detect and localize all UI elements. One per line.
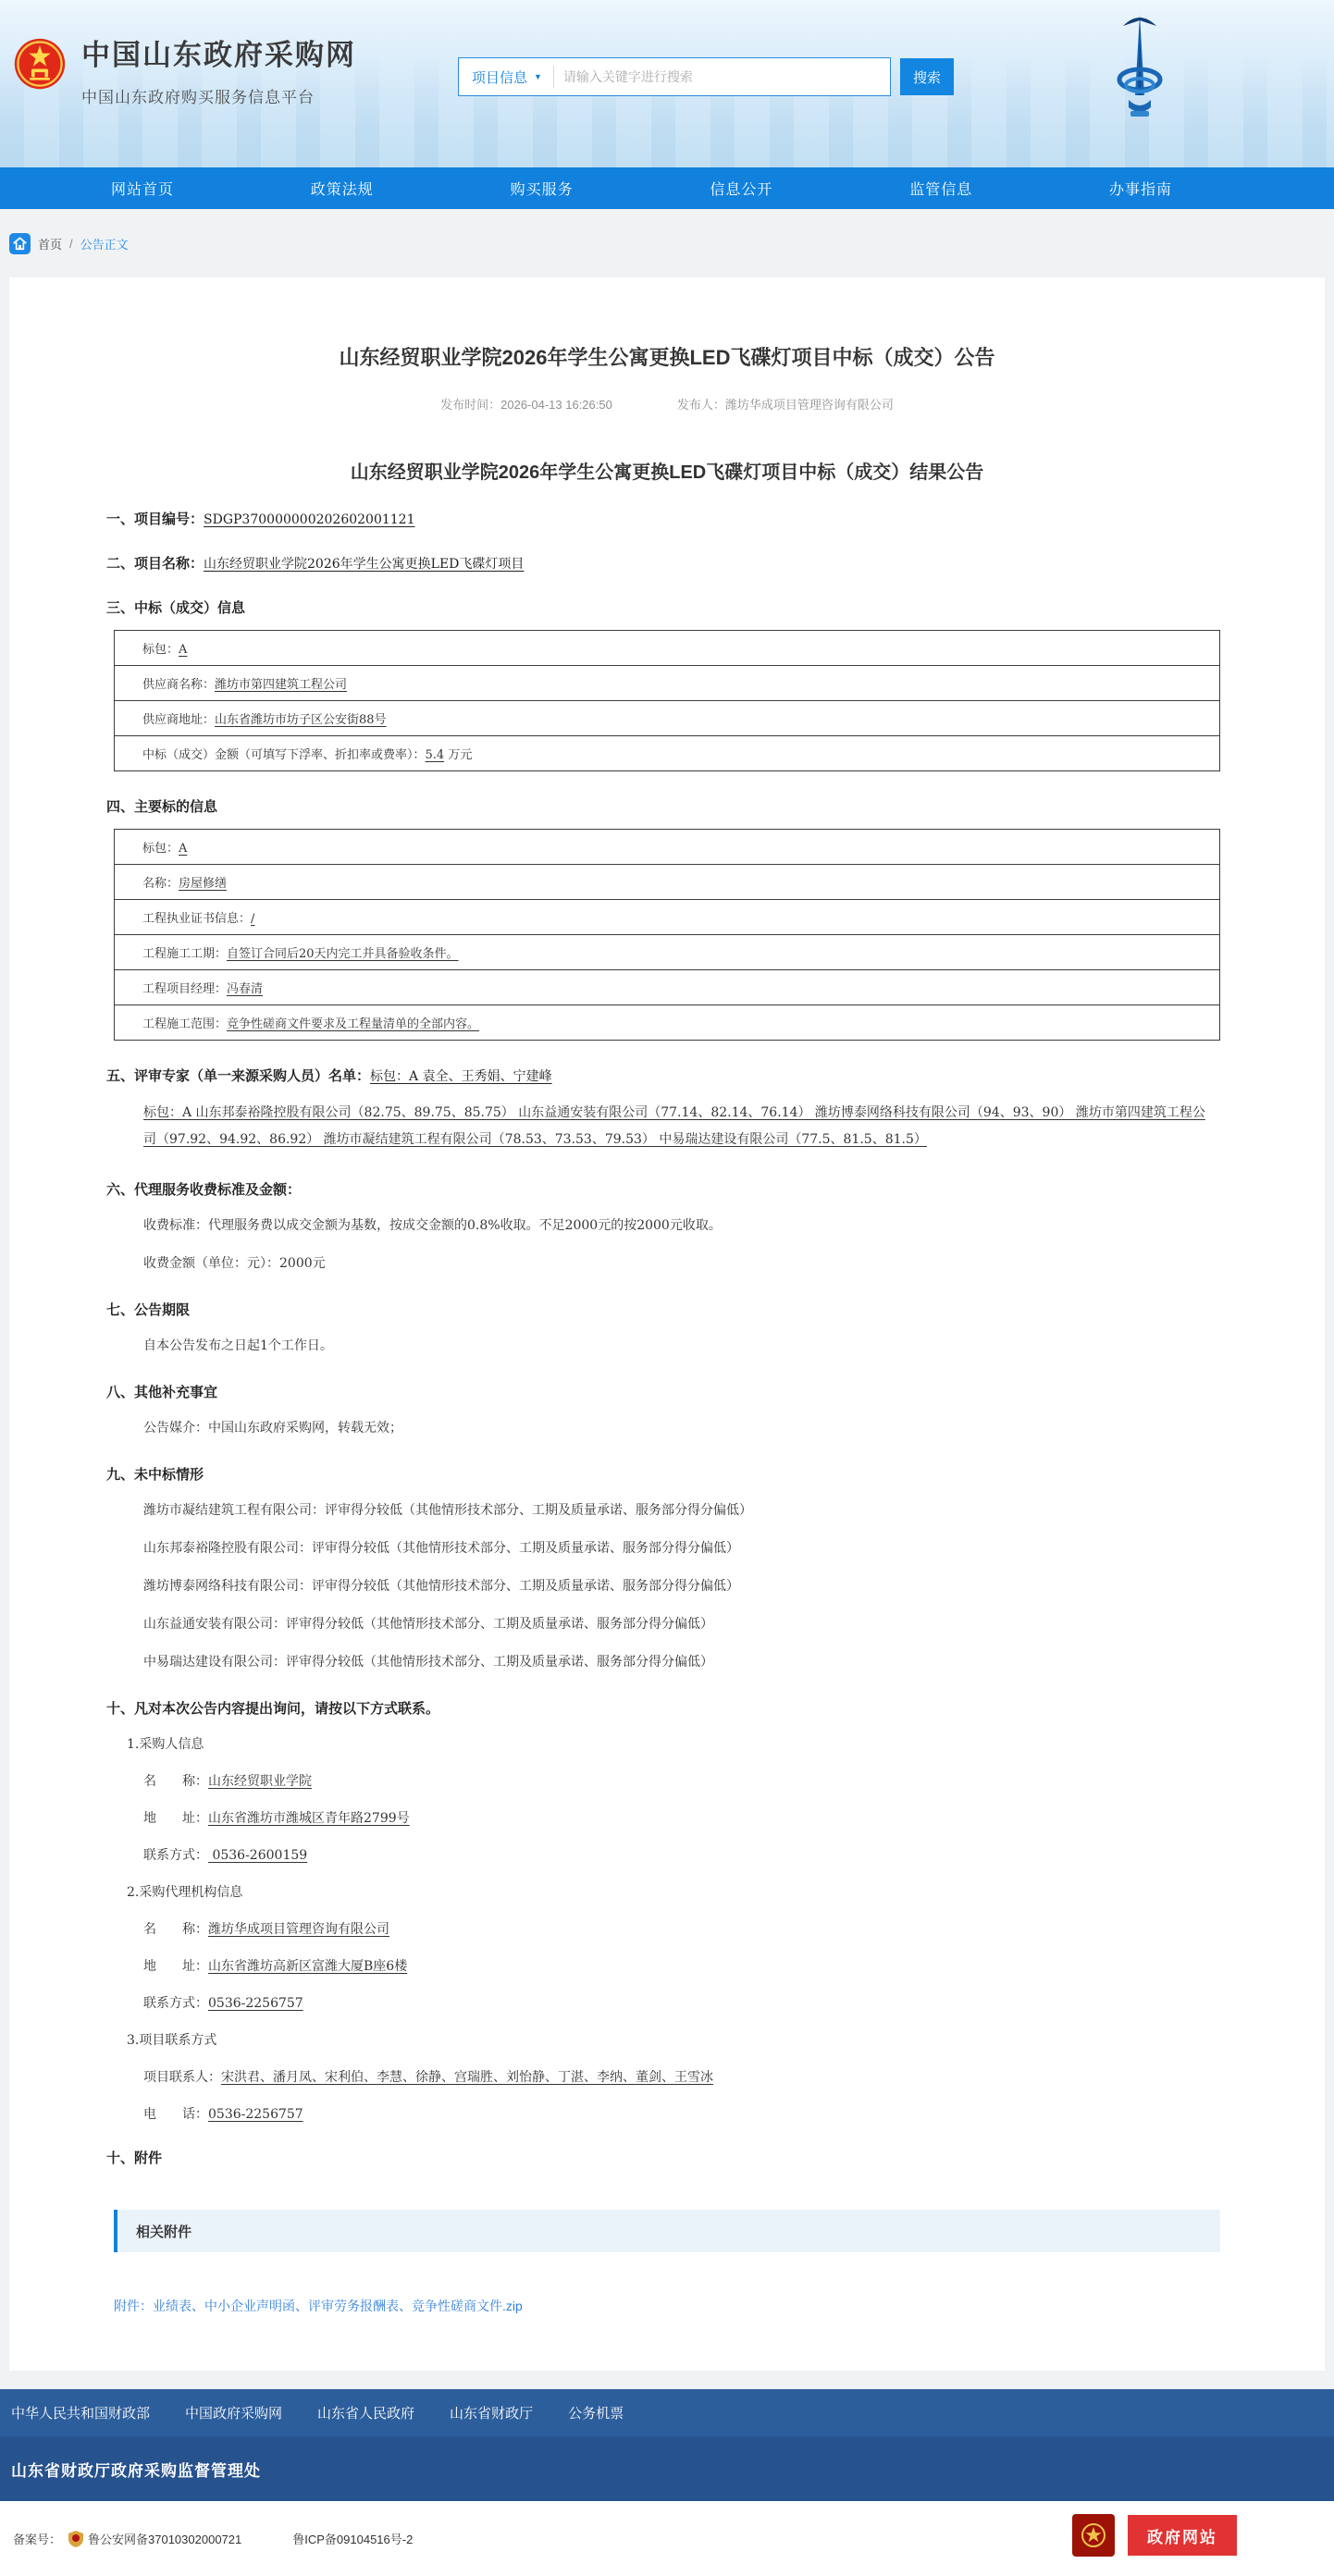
section-subject-info-title: 四、主要标的信息 bbox=[106, 796, 1226, 816]
row-label: 电 话： bbox=[143, 2107, 208, 2122]
site-footer: 中华人民共和国财政部 中国政府采购网 山东省人民政府 山东省财政厅 公务机票 山… bbox=[0, 2389, 1334, 2576]
monument-sculpture-graphic bbox=[1084, 7, 1195, 146]
related-attachments-label: 相关附件 bbox=[117, 2222, 191, 2241]
section-other-matters-title: 八、其他补充事宜 bbox=[106, 1382, 1226, 1401]
breadcrumb-separator: / bbox=[69, 237, 73, 251]
beian-label: 备案号： bbox=[13, 2530, 61, 2547]
project-number-value: SDGP370000000202602001121 bbox=[204, 512, 414, 527]
row-suffix: 万元 bbox=[448, 748, 472, 762]
chevron-down-icon: ▼ bbox=[534, 72, 542, 81]
contact-row: 项目联系人：宋洪君、潘月凤、宋利伯、李慧、徐静、宫瑞胜、刘怡静、丁湛、李纳、董剑… bbox=[143, 2067, 1226, 2086]
footer-record-bar: 备案号： 鲁公安网备37010302000721 鲁ICP备09104516号-… bbox=[0, 2501, 1334, 2576]
row-value: 房屋修缮 bbox=[179, 877, 227, 891]
row-label: 项目联系人： bbox=[143, 2070, 221, 2085]
section-agency-fee-title: 六、代理服务收费标准及金额： bbox=[106, 1179, 1226, 1199]
search-button[interactable]: 搜索 bbox=[900, 58, 954, 95]
row-value: 冯春清 bbox=[227, 982, 263, 996]
table-row: 供应商地址：山东省潍坊市坊子区公安街88号 bbox=[115, 700, 1220, 735]
gov-website-badge[interactable]: 政府网站 bbox=[1128, 2515, 1237, 2556]
row-value: A bbox=[179, 842, 187, 856]
table-row: 标包：A bbox=[115, 630, 1220, 665]
row-value: 山东经贸职业学院 bbox=[208, 1774, 312, 1789]
row-label: 供应商地址： bbox=[142, 713, 215, 727]
project-name-value: 山东经贸职业学院2026年学生公寓更换LED飞碟灯项目 bbox=[204, 557, 524, 572]
unsuccessful-line: 山东邦泰裕隆控股有限公司：评审得分较低（其他情形技术部分、工期及质量承诺、服务部… bbox=[143, 1538, 1226, 1559]
national-emblem-logo bbox=[13, 35, 67, 92]
section-contact-title: 十、凡对本次公告内容提出询问，请按以下方式联系。 bbox=[106, 1698, 1226, 1718]
police-beian-number[interactable]: 鲁公安网备37010302000721 bbox=[88, 2530, 241, 2547]
table-row: 工程执业证书信息：/ bbox=[115, 899, 1220, 934]
site-subtitle: 中国山东政府购买服务信息平台 bbox=[81, 84, 356, 107]
section-project-name-label: 二、项目名称： bbox=[106, 556, 204, 572]
row-value: 0536-2256757 bbox=[208, 2107, 303, 2122]
gov-site-emblem-badge[interactable] bbox=[1072, 2514, 1115, 2557]
nav-item-home[interactable]: 网站首页 bbox=[111, 178, 174, 199]
row-label: 中标（成交）金额（可填写下浮率、折扣率或费率）： bbox=[142, 748, 426, 762]
section-announcement-period-title: 七、公告期限 bbox=[106, 1300, 1226, 1319]
row-value: / bbox=[251, 912, 254, 926]
row-value: 山东省潍坊高新区富潍大厦B座6楼 bbox=[208, 1959, 407, 1974]
search-category-label: 项目信息 bbox=[472, 68, 527, 87]
table-row: 中标（成交）金额（可填写下浮率、折扣率或费率）：5.4 万元 bbox=[115, 735, 1220, 770]
police-badge-icon bbox=[68, 2531, 83, 2547]
subject-info-table: 标包：A 名称：房屋修缮 工程执业证书信息：/ 工程施工工期：自签订合同后20天… bbox=[114, 829, 1220, 1041]
row-label: 地 址： bbox=[143, 1959, 208, 1974]
nav-item-policies[interactable]: 政策法规 bbox=[311, 178, 374, 199]
row-value: 宋洪君、潘月凤、宋利伯、李慧、徐静、宫瑞胜、刘怡静、丁湛、李纳、董剑、王雪冰 bbox=[221, 2070, 713, 2085]
row-label: 工程施工范围： bbox=[142, 1017, 227, 1031]
search-input[interactable] bbox=[554, 69, 890, 84]
publish-meta: 发布时间：2026-04-13 16:26:50发布人：潍坊华成项目管理咨询有限… bbox=[9, 395, 1325, 413]
row-label: 供应商名称： bbox=[142, 678, 215, 692]
row-label: 联系方式： bbox=[143, 1996, 208, 2011]
search-bar: 项目信息 ▼ bbox=[458, 57, 891, 96]
row-value: A bbox=[179, 643, 187, 657]
search-category-dropdown[interactable]: 项目信息 ▼ bbox=[459, 68, 553, 87]
breadcrumb-home[interactable]: 首页 bbox=[38, 235, 62, 253]
content-title: 山东经贸职业学院2026年学生公寓更换LED飞碟灯项目中标（成交）结果公告 bbox=[9, 457, 1325, 484]
search-area: 项目信息 ▼ 搜索 bbox=[458, 57, 954, 96]
footer-links-bar: 中华人民共和国财政部 中国政府采购网 山东省人民政府 山东省财政厅 公务机票 bbox=[0, 2389, 1334, 2436]
footer-link-mof[interactable]: 中华人民共和国财政部 bbox=[11, 2403, 150, 2422]
row-value: 潍坊华成项目管理咨询有限公司 bbox=[208, 1922, 389, 1937]
experts-scores-detail: 标包：A 山东邦泰裕隆控股有限公司（82.75、89.75、85.75） 山东益… bbox=[143, 1100, 1217, 1154]
site-brand: 中国山东政府采购网 中国山东政府购买服务信息平台 bbox=[13, 31, 356, 107]
table-row: 标包：A bbox=[115, 829, 1220, 864]
contact-row: 联系方式： 0536-2600159 bbox=[143, 1845, 1226, 1864]
row-value: 山东省潍坊市潍城区青年路2799号 bbox=[208, 1811, 410, 1826]
row-label: 名 称： bbox=[143, 1922, 208, 1937]
fee-standard-line: 收费标准：代理服务费以成交金额为基数，按成交金额的0.8%收取。不足2000元的… bbox=[143, 1215, 1226, 1237]
row-value: 竞争性磋商文件要求及工程量清单的全部内容。 bbox=[227, 1017, 479, 1031]
publisher-label: 发布人： bbox=[677, 398, 725, 412]
section-attachment-title: 十、附件 bbox=[106, 2148, 1226, 2167]
section-experts-label: 五、评审专家（单一来源采购人员）名单： bbox=[106, 1068, 370, 1084]
footer-department: 山东省财政厅政府采购监督管理处 bbox=[0, 2436, 1334, 2501]
contact-row: 联系方式：0536-2256757 bbox=[143, 1993, 1226, 2012]
row-value: 0536-2256757 bbox=[208, 1996, 303, 2011]
attachment-download-link[interactable]: 附件：业绩表、中小企业声明函、评审劳务报酬表、竞争性磋商文件.zip bbox=[114, 2297, 1226, 2315]
section-unsuccessful-bidders-title: 九、未中标情形 bbox=[106, 1464, 1226, 1484]
award-info-table: 标包：A 供应商名称：潍坊市第四建筑工程公司 供应商地址：山东省潍坊市坊子区公安… bbox=[114, 630, 1220, 771]
nav-item-guide[interactable]: 办事指南 bbox=[1109, 178, 1172, 199]
unsuccessful-line: 潍坊博泰网络科技有限公司：评审得分较低（其他情形技术部分、工期及质量承诺、服务部… bbox=[143, 1576, 1226, 1597]
footer-link-shandong-gov[interactable]: 山东省人民政府 bbox=[317, 2403, 414, 2422]
fee-amount-line: 收费金额（单位：元）：2000元 bbox=[143, 1253, 1226, 1275]
main-navigation: 网站首页 政策法规 购买服务 信息公开 监管信息 办事指南 bbox=[0, 167, 1334, 209]
table-row: 工程项目经理：冯春清 bbox=[115, 969, 1220, 1005]
row-label: 地 址： bbox=[143, 1811, 208, 1826]
breadcrumb: 首页 / 公告正文 bbox=[0, 209, 1334, 277]
footer-badges: 政府网站 bbox=[1072, 2514, 1237, 2557]
nav-item-information-disclosure[interactable]: 信息公开 bbox=[710, 178, 772, 199]
row-value: 潍坊市第四建筑工程公司 bbox=[215, 678, 347, 692]
nav-item-supervision[interactable]: 监管信息 bbox=[909, 178, 972, 199]
row-value: 山东省潍坊市坊子区公安街88号 bbox=[215, 713, 387, 727]
row-value: 自签订合同后20天内完工并具备验收条件。 bbox=[227, 947, 459, 961]
section-project-number-label: 一、项目编号： bbox=[106, 512, 204, 527]
row-label: 名称： bbox=[142, 877, 179, 891]
row-label: 工程施工工期： bbox=[142, 947, 227, 961]
unsuccessful-line: 山东益通安装有限公司：评审得分较低（其他情形技术部分、工期及质量承诺、服务部分得… bbox=[143, 1614, 1226, 1635]
table-row: 供应商名称：潍坊市第四建筑工程公司 bbox=[115, 665, 1220, 700]
section-award-info-title: 三、中标（成交）信息 bbox=[106, 598, 1226, 617]
agency-group-title: 2.采购代理机构信息 bbox=[127, 1882, 1226, 1901]
related-attachments-header: 相关附件 bbox=[114, 2210, 1220, 2252]
announcement-period-line: 自本公告发布之日起1个工作日。 bbox=[143, 1336, 1226, 1357]
footer-link-official-ticket[interactable]: 公务机票 bbox=[568, 2403, 624, 2422]
contact-row: 名 称：山东经贸职业学院 bbox=[143, 1771, 1226, 1790]
contact-row: 电 话：0536-2256757 bbox=[143, 2104, 1226, 2123]
contact-row: 名 称：潍坊华成项目管理咨询有限公司 bbox=[143, 1919, 1226, 1938]
row-label: 名 称： bbox=[143, 1774, 208, 1789]
row-label: 联系方式： bbox=[143, 1848, 208, 1863]
row-label: 标包： bbox=[142, 643, 179, 657]
publish-time: 2026-04-13 16:26:50 bbox=[500, 398, 612, 412]
icp-number[interactable]: 鲁ICP备09104516号-2 bbox=[292, 2530, 413, 2547]
nav-item-purchase-services[interactable]: 购买服务 bbox=[511, 178, 574, 199]
site-header: 中国山东政府采购网 中国山东政府购买服务信息平台 项目信息 ▼ 搜索 bbox=[0, 0, 1334, 167]
footer-link-shandong-finance[interactable]: 山东省财政厅 bbox=[450, 2403, 533, 2422]
row-label: 工程执业证书信息： bbox=[142, 912, 251, 926]
announcement-card: 山东经贸职业学院2026年学生公寓更换LED飞碟灯项目中标（成交）公告 发布时间… bbox=[9, 277, 1325, 2371]
gold-emblem-icon bbox=[1080, 2521, 1107, 2549]
footer-link-ccgp[interactable]: 中国政府采购网 bbox=[185, 2403, 282, 2422]
purchaser-group-title: 1.采购人信息 bbox=[127, 1734, 1226, 1753]
experts-value: 标包：A 袁全、王秀娟、宁建峰 bbox=[370, 1069, 552, 1084]
site-title: 中国山东政府采购网 bbox=[81, 31, 356, 73]
table-row: 工程施工范围：竞争性磋商文件要求及工程量清单的全部内容。 bbox=[115, 1005, 1220, 1040]
contact-row: 地 址：山东省潍坊高新区富潍大厦B座6楼 bbox=[143, 1956, 1226, 1975]
row-value: 0536-2600159 bbox=[208, 1848, 307, 1863]
row-label: 标包： bbox=[142, 842, 179, 856]
section-project-name: 二、项目名称：山东经贸职业学院2026年学生公寓更换LED飞碟灯项目 bbox=[106, 553, 1226, 573]
row-value: 5.4 bbox=[426, 748, 445, 762]
table-row: 名称：房屋修缮 bbox=[115, 864, 1220, 899]
section-experts: 五、评审专家（单一来源采购人员）名单：标包：A 袁全、王秀娟、宁建峰 bbox=[106, 1066, 1226, 1085]
row-label: 工程项目经理： bbox=[142, 982, 227, 996]
media-line: 公告媒介：中国山东政府采购网，转载无效； bbox=[143, 1418, 1226, 1439]
project-contact-group-title: 3.项目联系方式 bbox=[127, 2030, 1226, 2049]
unsuccessful-line: 中易瑞达建设有限公司：评审得分较低（其他情形技术部分、工期及质量承诺、服务部分得… bbox=[143, 1652, 1226, 1673]
contact-row: 地 址：山东省潍坊市潍城区青年路2799号 bbox=[143, 1808, 1226, 1827]
home-icon[interactable] bbox=[9, 233, 31, 254]
section-project-number: 一、项目编号：SDGP370000000202602001121 bbox=[106, 509, 1226, 528]
breadcrumb-current: 公告正文 bbox=[80, 235, 129, 253]
publisher: 潍坊华成项目管理咨询有限公司 bbox=[725, 398, 894, 412]
publish-time-label: 发布时间： bbox=[440, 398, 500, 412]
table-row: 工程施工工期：自签订合同后20天内完工并具备验收条件。 bbox=[115, 934, 1220, 969]
announcement-body: 一、项目编号：SDGP370000000202602001121 二、项目名称：… bbox=[106, 509, 1226, 2316]
unsuccessful-line: 潍坊市凝结建筑工程有限公司：评审得分较低（其他情形技术部分、工期及质量承诺、服务… bbox=[143, 1500, 1226, 1522]
page-title: 山东经贸职业学院2026年学生公寓更换LED飞碟灯项目中标（成交）公告 bbox=[9, 342, 1325, 371]
